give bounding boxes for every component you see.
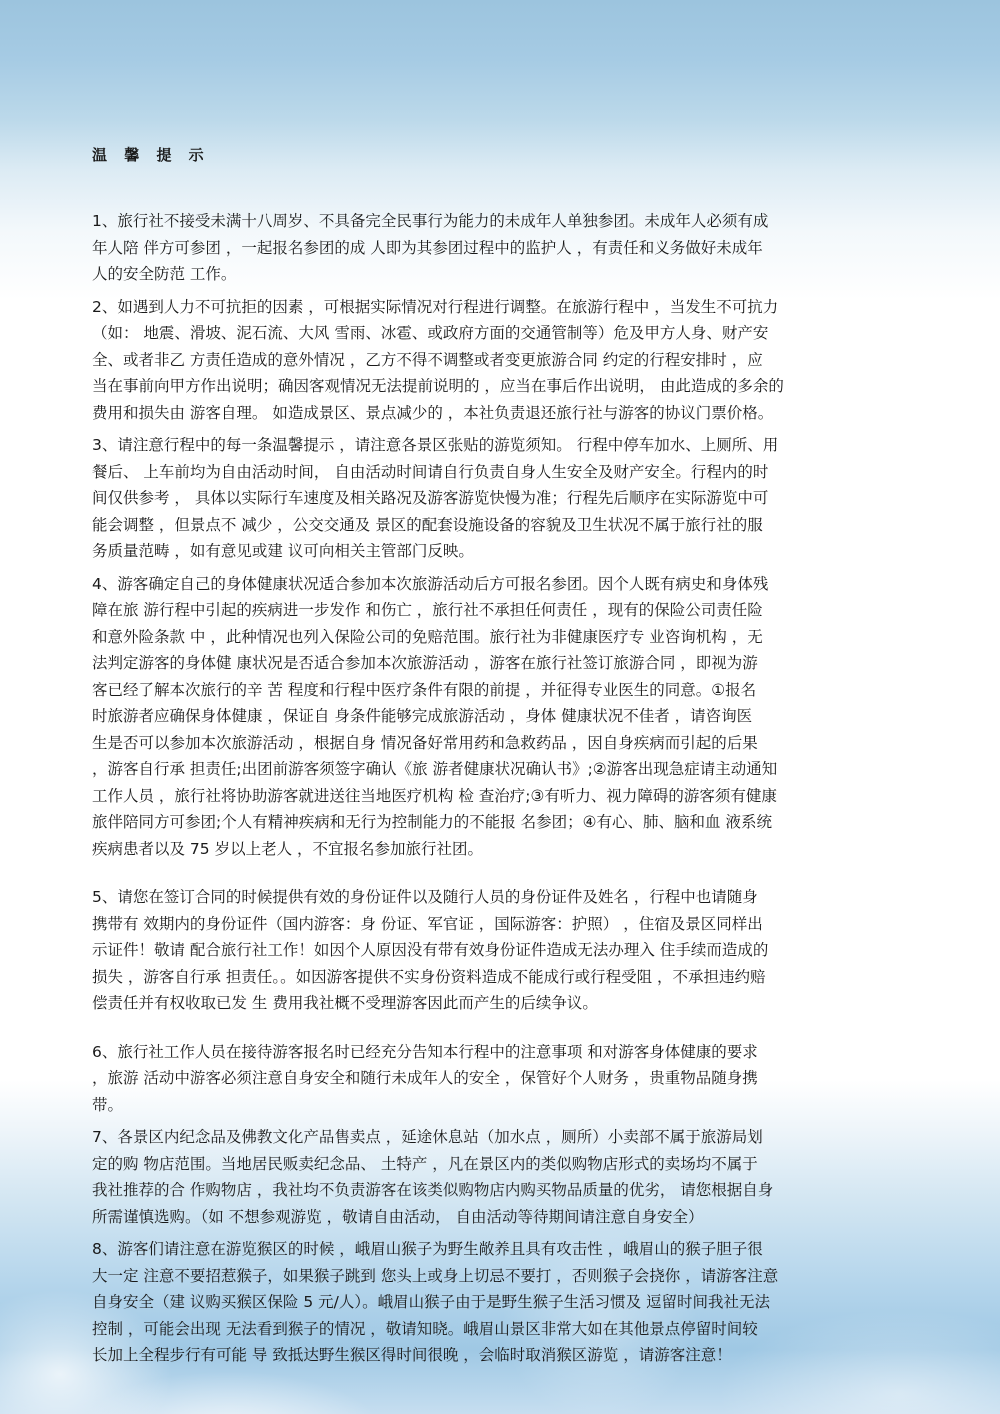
text-line: 时旅游者应确保身体健康 ，保证自 身条件能够完成旅游活动 ，身体 健康状况不佳者… xyxy=(92,703,918,730)
notice-item-6: 6、旅行社工作人员在接待游客报名时已经充分告知本行程中的注意事项 和对游客身体健… xyxy=(92,1039,918,1119)
text-line: 3、请注意行程中的每一条温馨提示 ，请注意各景区张贴的游览须知。 行程中停车加水… xyxy=(92,432,918,459)
text-line: 全、或者非乙 方责任造成的意外情况 ，乙方不得不调整或者变更旅游合同 约定的行程… xyxy=(92,347,918,374)
text-line: 旅伴陪同方可参团;个人有精神疾病和无行为控制能力的不能报 名参团；④有心、肺、脑… xyxy=(92,809,918,836)
text-line: 7、各景区内纪念品及佛教文化产品售卖点 ，延途休息站（加水点 ，厕所）小卖部不属… xyxy=(92,1124,918,1151)
text-line: 自身安全（建 议购买猴区保险 5 元/人）。峨眉山猴子由于是野生猴子生活习惯及 … xyxy=(92,1289,918,1316)
text-line: 带。 xyxy=(92,1092,918,1119)
text-line: 障在旅 游行程中引起的疾病进一步发作 和伤亡 ，旅行社不承担任何责任 ，现有的保… xyxy=(92,597,918,624)
text-line: 人的安全防范 工作。 xyxy=(92,261,918,288)
text-line: 示证件！敬请 配合旅行社工作！如因个人原因没有带有效身份证件造成无法办理入 住手… xyxy=(92,937,918,964)
text-line: 控制 ，可能会出现 无法看到猴子的情况 ，敬请知晓。峨眉山景区非常大如在其他景点… xyxy=(92,1316,918,1343)
notice-item-1: 1、旅行社不接受未满十八周岁、不具备完全民事行为能力的未成年人单独参团。未成年人… xyxy=(92,208,918,288)
notice-item-3: 3、请注意行程中的每一条温馨提示 ，请注意各景区张贴的游览须知。 行程中停车加水… xyxy=(92,432,918,565)
text-line: 长加上全程步行有可能 导 致抵达野生猴区得时间很晚 ，会临时取消猴区游览 ，请游… xyxy=(92,1342,918,1369)
text-line: 餐后、 上车前均为自由活动时间， 自由活动时间请自行负责自身人生安全及财产安全。… xyxy=(92,459,918,486)
text-line: 务质量范畴 ，如有意见或建 议可向相关主管部门反映。 xyxy=(92,538,918,565)
text-line: 和意外险条款 中 ，此种情况也列入保险公司的免赔范围。旅行社为非健康医疗专 业咨… xyxy=(92,624,918,651)
notice-item-7: 7、各景区内纪念品及佛教文化产品售卖点 ，延途休息站（加水点 ，厕所）小卖部不属… xyxy=(92,1124,918,1230)
text-line: （如： 地震、滑坡、泥石流、大风 雪雨、冰雹、或政府方面的交通管制等）危及甲方人… xyxy=(92,320,918,347)
text-line: 疾病患者以及 75 岁以上老人 ，不宜报名参加旅行社团。 xyxy=(92,836,918,863)
text-line: ，游客自行承 担责任;出团前游客须签字确认《旅 游者健康状况确认书》;②游客出现… xyxy=(92,756,918,783)
page-title: 温 馨 提 示 xyxy=(92,140,918,170)
notice-item-5: 5、请您在签订合同的时候提供有效的身份证件以及随行人员的身份证件及姓名 ，行程中… xyxy=(92,884,918,1017)
text-line: 工作人员 ，旅行社将协助游客就进送往当地医疗机构 检 查治疗;③有听力、视力障碍… xyxy=(92,783,918,810)
text-line: 间仅供参考 ， 具体以实际行车速度及相关路况及游客游览快慢为准；行程先后顺序在实… xyxy=(92,485,918,512)
text-line: 我社推荐的合 作购物店 ，我社均不负责游客在该类似购物店内购买物品质量的优劣， … xyxy=(92,1177,918,1204)
text-line: 定的购 物店范围。当地居民贩卖纪念品、 土特产 ，凡在景区内的类似购物店形式的卖… xyxy=(92,1151,918,1178)
text-line: 能会调整 ，但景点不 减少 ，公交交通及 景区的配套设施设备的容貌及卫生状况不属… xyxy=(92,512,918,539)
text-line: 大一定 注意不要招惹猴子，如果猴子跳到 您头上或身上切忌不要打 ，否则猴子会挠你… xyxy=(92,1263,918,1290)
text-line: 所需谨慎选购。（如 不想参观游览 ，敬请自由活动， 自由活动等待期间请注意自身安… xyxy=(92,1204,918,1231)
text-line: 4、游客确定自己的身体健康状况适合参加本次旅游活动后方可报名参团。因个人既有病史… xyxy=(92,571,918,598)
text-line: 2、如遇到人力不可抗拒的因素 ，可根据实际情况对行程进行调整。在旅游行程中 ，当… xyxy=(92,294,918,321)
text-line: 损失 ，游客自行承 担责任。。如因游客提供不实身份资料造成不能成行或行程受阻 ，… xyxy=(92,964,918,991)
text-line: 1、旅行社不接受未满十八周岁、不具备完全民事行为能力的未成年人单独参团。未成年人… xyxy=(92,208,918,235)
notice-item-4: 4、游客确定自己的身体健康状况适合参加本次旅游活动后方可报名参团。因个人既有病史… xyxy=(92,571,918,863)
text-line: 费用和损失由 游客自理。 如造成景区、景点减少的 ，本社负责退还旅行社与游客的协… xyxy=(92,400,918,427)
notice-item-2: 2、如遇到人力不可抗拒的因素 ，可根据实际情况对行程进行调整。在旅游行程中 ，当… xyxy=(92,294,918,427)
text-line: 携带有 效期内的身份证件（国内游客：身 份证、军官证 ，国际游客：护照） ，住宿… xyxy=(92,911,918,938)
text-line: 6、旅行社工作人员在接待游客报名时已经充分告知本行程中的注意事项 和对游客身体健… xyxy=(92,1039,918,1066)
text-line: 生是否可以参加本次旅游活动 ，根据自身 情况备好常用药和急救药品 ，因自身疾病而… xyxy=(92,730,918,757)
text-line: 5、请您在签订合同的时候提供有效的身份证件以及随行人员的身份证件及姓名 ，行程中… xyxy=(92,884,918,911)
notice-item-8: 8、游客们请注意在游览猴区的时候 ，峨眉山猴子为野生敞养且具有攻击性 ，峨眉山的… xyxy=(92,1236,918,1369)
text-line: 8、游客们请注意在游览猴区的时候 ，峨眉山猴子为野生敞养且具有攻击性 ，峨眉山的… xyxy=(92,1236,918,1263)
document-body: 温 馨 提 示 1、旅行社不接受未满十八周岁、不具备完全民事行为能力的未成年人单… xyxy=(92,140,918,1375)
text-line: ，旅游 活动中游客必须注意自身安全和随行未成年人的安全 ，保管好个人财务 ，贵重… xyxy=(92,1065,918,1092)
text-line: 客已经了解本次旅行的辛 苦 程度和行程中医疗条件有限的前提 ，并征得专业医生的同… xyxy=(92,677,918,704)
text-line: 当在事前向甲方作出说明；确因客观情况无法提前说明的 ，应当在事后作出说明， 由此… xyxy=(92,373,918,400)
text-line: 年人陪 伴方可参团 ，一起报名参团的成 人即为其参团过程中的监护人 ，有责任和义… xyxy=(92,235,918,262)
text-line: 偿责任并有权收取已发 生 费用我社概不受理游客因此而产生的后续争议。 xyxy=(92,990,918,1017)
text-line: 法判定游客的身体健 康状况是否适合参加本次旅游活动 ，游客在旅行社签订旅游合同 … xyxy=(92,650,918,677)
